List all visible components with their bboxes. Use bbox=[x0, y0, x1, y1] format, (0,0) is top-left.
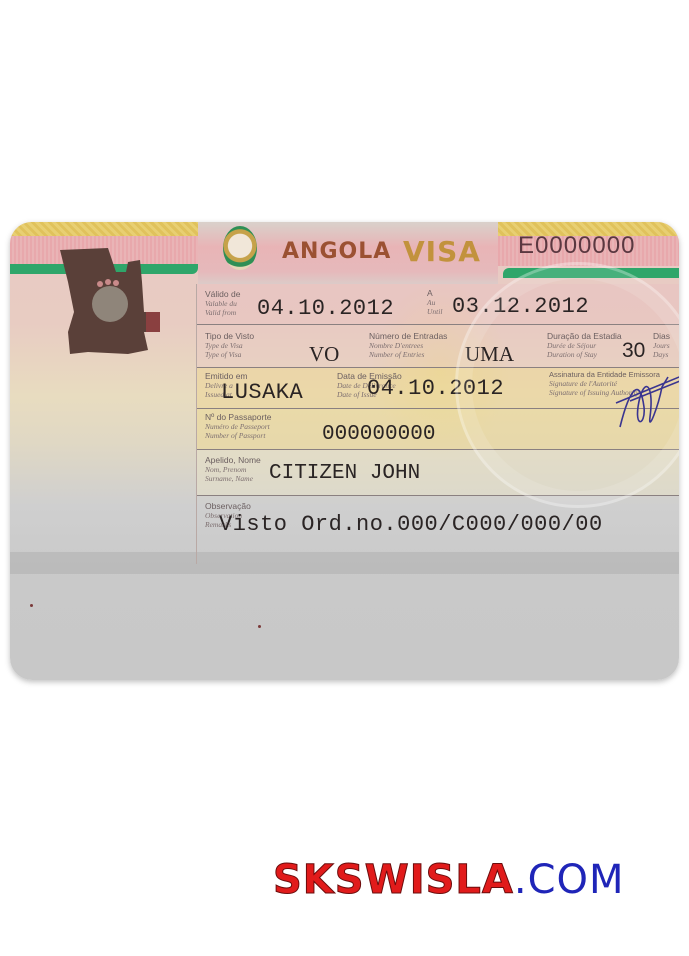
security-band-green-right bbox=[503, 268, 679, 278]
valid-from-value: 04.10.2012 bbox=[257, 296, 394, 321]
duration-unit-label: Dias Jours Days bbox=[653, 332, 670, 359]
visa-sticker: ANGOLA VISA E0000000 Válido de Valable d… bbox=[10, 222, 679, 680]
issued-at-value: LUSAKA bbox=[221, 380, 303, 405]
watermark-brand: SKSWISLA bbox=[273, 857, 514, 903]
speck bbox=[258, 625, 261, 628]
entries-label: Número de Entradas Nombre D'entrees Numb… bbox=[369, 332, 447, 359]
validity-row: Válido de Valable du Valid from 04.10.20… bbox=[197, 284, 679, 325]
visa-type-row: Tipo de Visto Type de Visa Type of Visa … bbox=[197, 325, 679, 368]
name-value: CITIZEN JOHN bbox=[269, 462, 420, 485]
visa-serial-number: E0000000 bbox=[518, 232, 635, 260]
name-label: Apelido, Nome Nom, Prenom Surname, Name bbox=[205, 456, 261, 483]
visa-type-value: VO bbox=[309, 342, 339, 367]
passport-number-value: 000000000 bbox=[322, 423, 435, 446]
issue-row: Emitido em Delivre a Issued at LUSAKA Da… bbox=[197, 368, 679, 409]
signature-icon bbox=[610, 367, 679, 437]
remarks-value: Visto Ord.no.000/C000/000/00 bbox=[219, 512, 603, 537]
valid-from-label: Válido de Valable du Valid from bbox=[205, 290, 240, 317]
visa-type-label: Tipo de Visto Type de Visa Type of Visa bbox=[205, 332, 254, 359]
speck bbox=[30, 604, 33, 607]
date-of-issue-value: 04.10.2012 bbox=[367, 376, 504, 401]
watermark-dot: . bbox=[514, 857, 528, 903]
watermark-tld: COM bbox=[528, 857, 625, 903]
visa-fields: Válido de Valable du Valid from 04.10.20… bbox=[196, 284, 679, 564]
national-emblem-icon bbox=[223, 226, 257, 270]
watermark-logo: SKSWISLA.COM bbox=[273, 857, 625, 903]
remarks-row: Observação Observation Remarks Visto Ord… bbox=[197, 496, 679, 564]
duration-label: Duração da Estadia Durée de Séjour Durat… bbox=[547, 332, 622, 359]
name-row: Apelido, Nome Nom, Prenom Surname, Name … bbox=[197, 450, 679, 496]
passport-row: Nº do Passaporte Numéro de Passeport Num… bbox=[197, 409, 679, 450]
valid-until-label: A Au Until bbox=[427, 289, 442, 316]
passport-number-label: Nº do Passaporte Numéro de Passeport Num… bbox=[205, 413, 271, 440]
valid-until-value: 03.12.2012 bbox=[452, 294, 589, 319]
duration-value: 30 bbox=[622, 339, 645, 363]
entries-value: UMA bbox=[465, 342, 514, 367]
visa-country: ANGOLA bbox=[282, 239, 391, 264]
angola-map-icon bbox=[48, 242, 168, 357]
visa-title: VISA bbox=[403, 235, 481, 268]
